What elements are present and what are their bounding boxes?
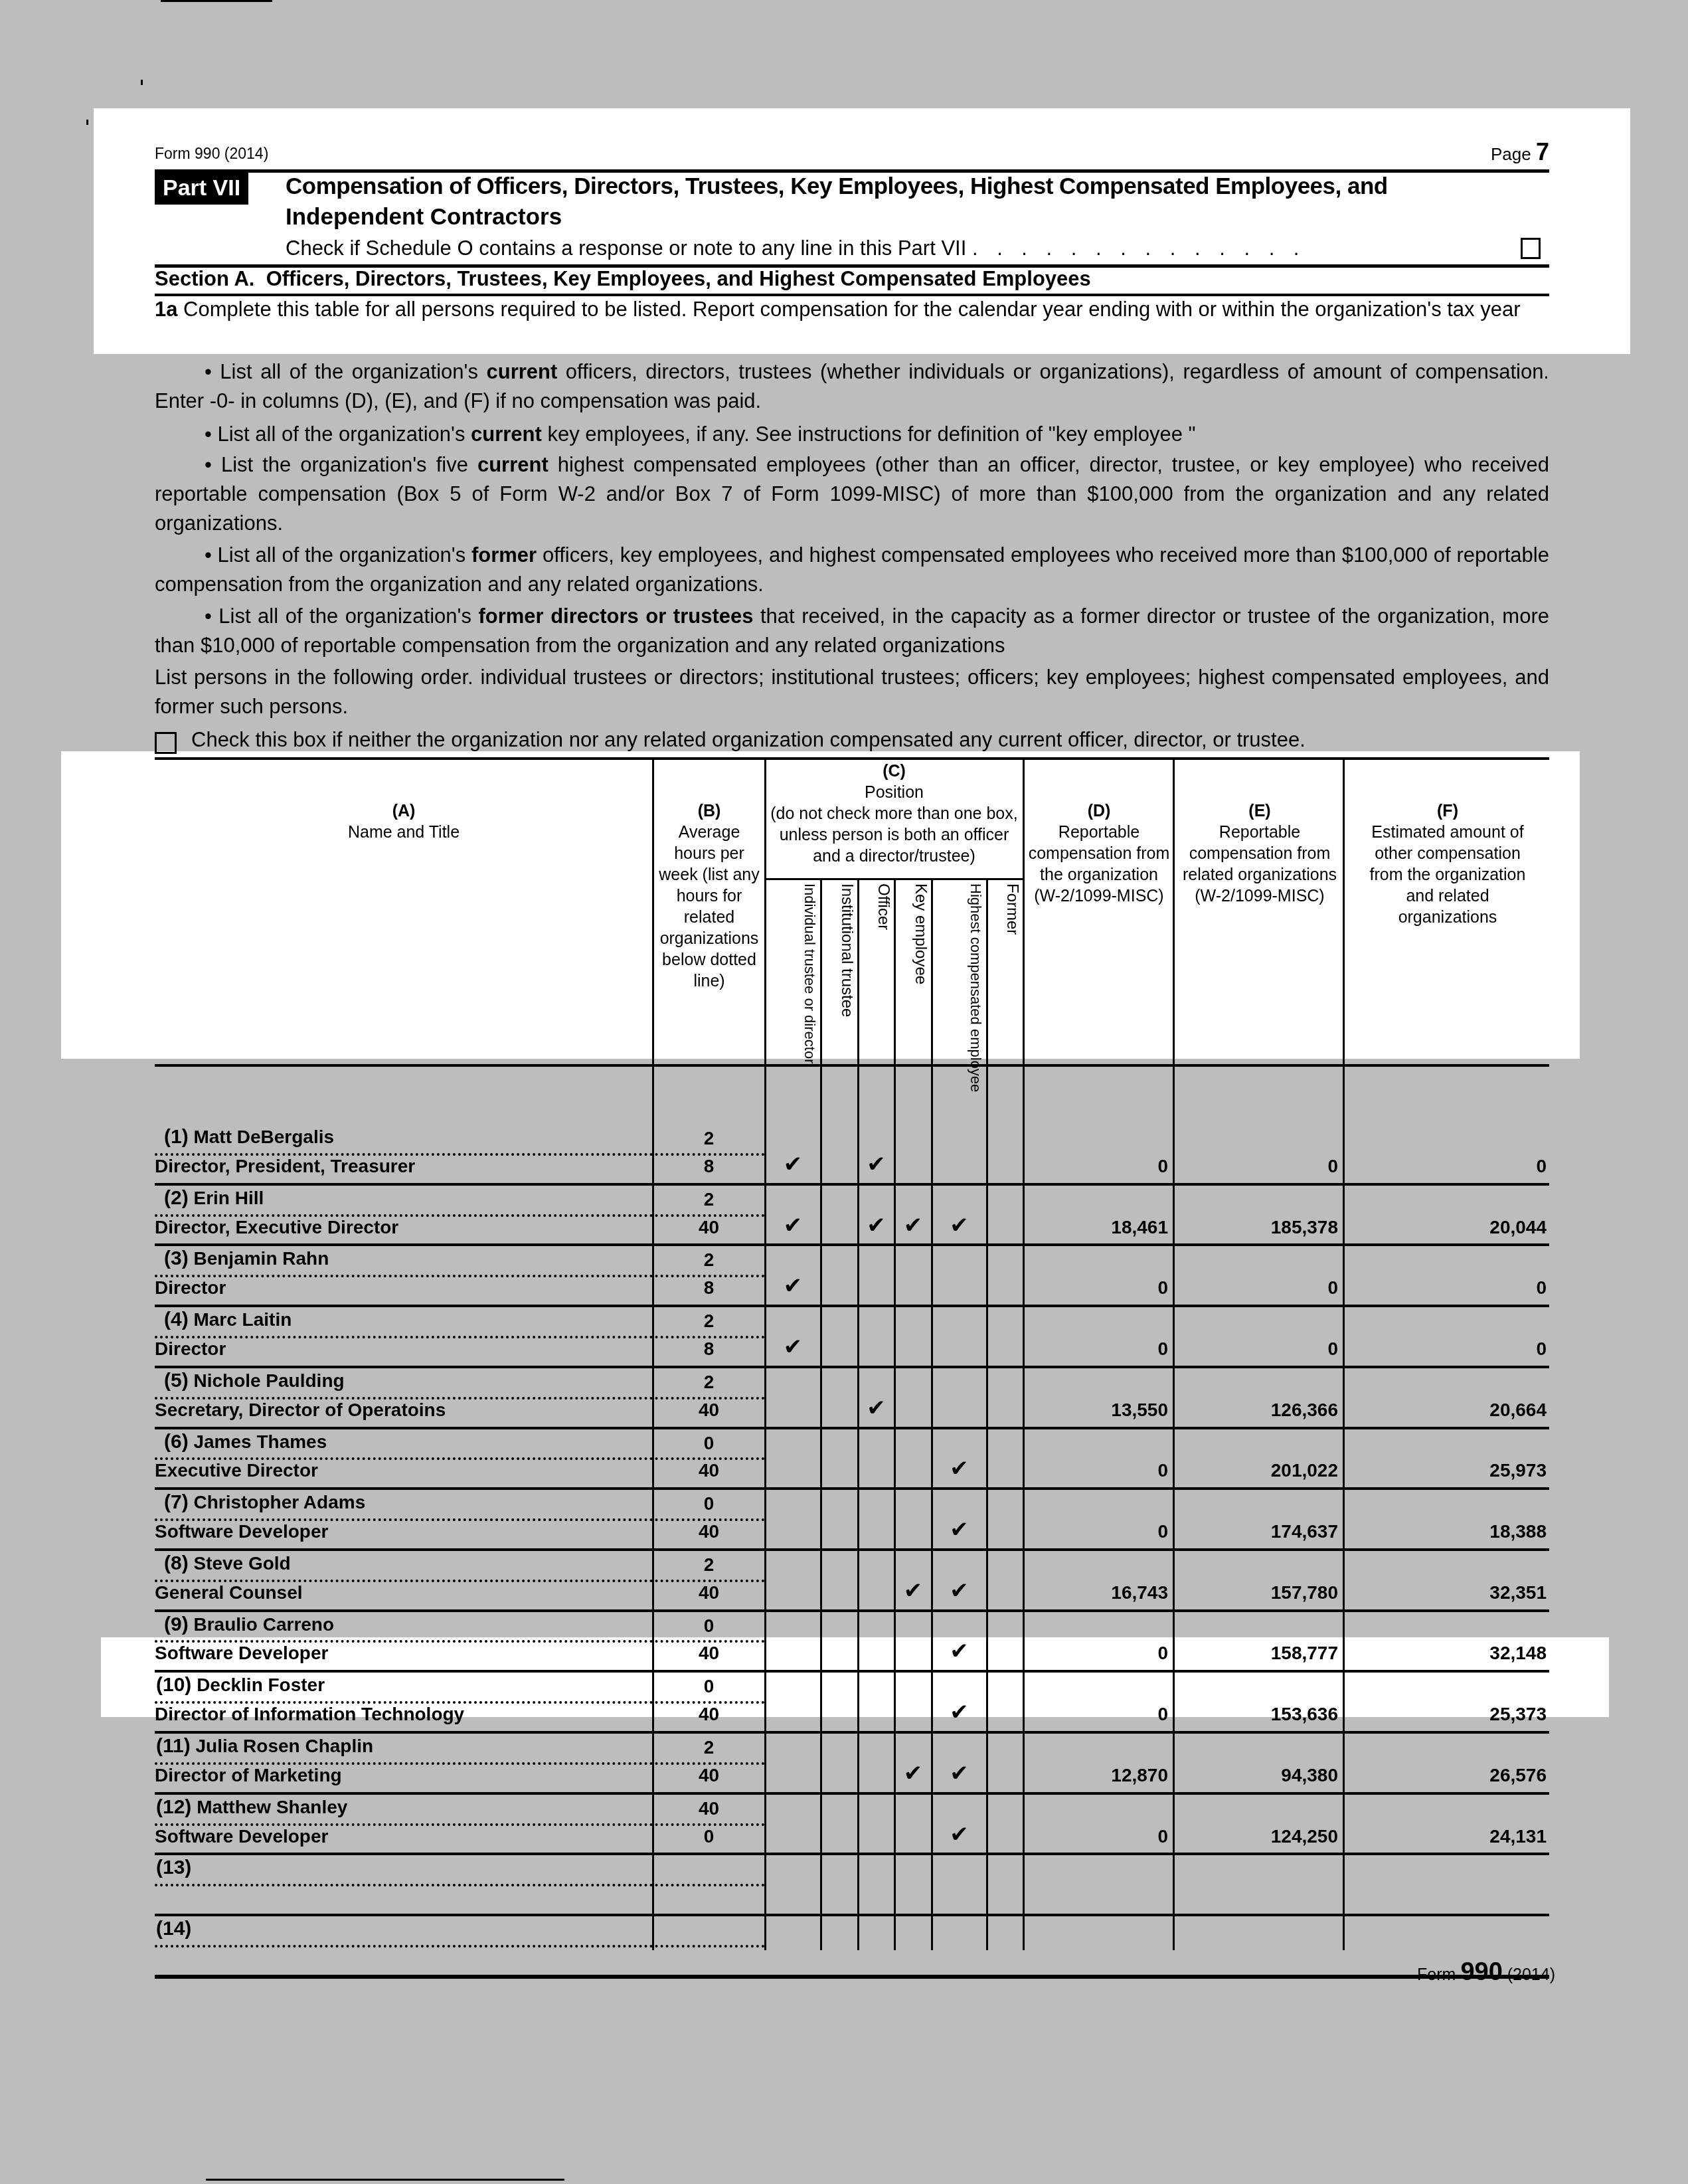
table-header-bottom-rule (155, 1064, 1549, 1067)
compensation-related[interactable]: 158,777 (1173, 1643, 1338, 1664)
position-check-5[interactable]: ✔ (932, 1518, 987, 1541)
column-f-header: (F)Estimated amount of other compensatio… (1358, 800, 1537, 928)
position-check-5[interactable]: ✔ (932, 1457, 987, 1480)
compensation-org[interactable]: 16,743 (1023, 1582, 1168, 1603)
position-subheader: Institutional trustee (825, 883, 855, 1059)
column-b-header: (B)Average hours per week (list any hour… (656, 800, 762, 992)
hours-weekly[interactable]: 40 (653, 1400, 765, 1421)
compensation-other[interactable]: 18,388 (1343, 1521, 1547, 1542)
compensation-org[interactable]: 18,461 (1023, 1217, 1168, 1238)
compensation-other[interactable]: 32,148 (1343, 1643, 1547, 1664)
position-subheader: Individual trustee or director (769, 883, 818, 1059)
row-rule (155, 1427, 1549, 1429)
hours-weekly[interactable]: 40 (653, 1582, 765, 1603)
hours-related[interactable]: 0 (653, 1433, 765, 1454)
row-index: (1) (164, 1126, 189, 1148)
compensation-related[interactable]: 185,378 (1173, 1217, 1338, 1238)
hours-related[interactable]: 2 (653, 1249, 765, 1271)
compensation-related[interactable]: 0 (1173, 1277, 1338, 1299)
person-name[interactable]: (9) Braulio Carreno (164, 1614, 334, 1635)
hours-weekly[interactable]: 40 (653, 1460, 765, 1481)
hours-weekly[interactable]: 40 (653, 1521, 765, 1542)
hours-weekly[interactable]: 0 (653, 1826, 765, 1847)
person-name[interactable]: (5) Nichole Paulding (164, 1370, 345, 1392)
row-rule (155, 1548, 1549, 1551)
column-c-header: (C)Position(do not check more than one b… (765, 761, 1023, 867)
compensation-related[interactable]: 174,637 (1173, 1521, 1338, 1542)
compensation-org[interactable]: 0 (1023, 1277, 1168, 1299)
person-name[interactable]: (4) Marc Laitin (164, 1309, 292, 1330)
compensation-related[interactable]: 0 (1173, 1338, 1338, 1360)
person-name[interactable]: (8) Steve Gold (164, 1553, 291, 1574)
column-divider (894, 878, 896, 1950)
compensation-other[interactable]: 20,044 (1343, 1217, 1547, 1238)
table-top-rule (155, 757, 1549, 760)
row-rule (155, 1853, 1549, 1855)
row-index: (12) (156, 1796, 191, 1818)
dotted-separator (155, 1945, 765, 1948)
name-text: Erin Hill (193, 1188, 264, 1208)
row-index: (6) (164, 1431, 189, 1453)
row-index: (14) (156, 1918, 191, 1940)
compensation-other[interactable]: 25,973 (1343, 1460, 1547, 1481)
person-name[interactable]: (12) Matthew Shanley (156, 1797, 347, 1818)
row-rule (155, 1975, 1549, 1979)
row-index: (8) (164, 1552, 189, 1574)
column-divider (986, 878, 988, 1950)
footer-form-prefix: Form (1417, 1965, 1456, 1984)
person-title[interactable]: Director of Marketing (155, 1765, 342, 1786)
compensation-table: (A)Name and Title (B)Average hours per w… (0, 0, 1688, 2184)
person-title[interactable]: Director (155, 1338, 226, 1360)
compensation-org[interactable]: 0 (1023, 1826, 1168, 1847)
compensation-other[interactable]: 20,664 (1343, 1400, 1547, 1421)
position-check-5[interactable]: ✔ (932, 1823, 987, 1846)
row-rule (155, 1487, 1549, 1490)
compensation-related[interactable]: 201,022 (1173, 1460, 1338, 1481)
person-title[interactable]: Director (155, 1277, 226, 1299)
name-text: Matt DeBergalis (193, 1127, 334, 1147)
compensation-related[interactable]: 0 (1173, 1156, 1338, 1177)
hours-related[interactable]: 2 (653, 1189, 765, 1210)
person-title[interactable]: Director of Information Technology (155, 1704, 464, 1725)
column-divider (652, 760, 654, 1950)
person-title[interactable]: Software Developer (155, 1826, 328, 1847)
person-name[interactable]: (7) Christopher Adams (164, 1492, 365, 1513)
dotted-separator (155, 1884, 765, 1886)
position-check-3[interactable]: ✔ (858, 1153, 894, 1176)
person-title[interactable]: Director, President, Treasurer (155, 1156, 415, 1177)
person-title[interactable]: Executive Director (155, 1460, 318, 1481)
compensation-org[interactable]: 0 (1023, 1460, 1168, 1481)
compensation-related[interactable]: 94,380 (1173, 1765, 1338, 1786)
compensation-other[interactable]: 25,373 (1343, 1704, 1547, 1725)
row-index: (13) (156, 1857, 191, 1878)
compensation-other[interactable]: 26,576 (1343, 1765, 1547, 1786)
column-divider (1173, 760, 1175, 1950)
position-subheader: Former (991, 883, 1021, 1059)
compensation-org[interactable]: 0 (1023, 1521, 1168, 1542)
row-rule (155, 1609, 1549, 1612)
row-rule (155, 1305, 1549, 1307)
name-text: Braulio Carreno (193, 1614, 334, 1635)
person-name[interactable]: (13) (156, 1857, 191, 1878)
hours-related[interactable]: 0 (653, 1676, 765, 1697)
hours-weekly[interactable]: 8 (653, 1338, 765, 1360)
hours-related[interactable]: 0 (653, 1493, 765, 1514)
name-text: Matthew Shanley (197, 1797, 347, 1817)
hours-related[interactable]: 0 (653, 1615, 765, 1637)
name-text: Nichole Paulding (193, 1370, 344, 1391)
column-divider (931, 878, 933, 1950)
column-divider (1343, 760, 1345, 1950)
hours-weekly[interactable]: 40 (653, 1704, 765, 1725)
hours-related[interactable]: 2 (653, 1311, 765, 1332)
position-subheader: Officer (862, 883, 892, 1059)
name-text: Benjamin Rahn (193, 1248, 329, 1269)
hours-weekly[interactable]: 8 (653, 1156, 765, 1177)
row-rule (155, 1670, 1549, 1673)
position-check-1[interactable]: ✔ (765, 1214, 821, 1237)
compensation-related[interactable]: 153,636 (1173, 1704, 1338, 1725)
compensation-related[interactable]: 157,780 (1173, 1582, 1338, 1603)
position-check-5[interactable]: ✔ (932, 1640, 987, 1663)
compensation-other[interactable]: 32,351 (1343, 1582, 1547, 1603)
row-rule (155, 1366, 1549, 1368)
position-check-3[interactable]: ✔ (858, 1397, 894, 1419)
position-check-1[interactable]: ✔ (765, 1336, 821, 1358)
person-name[interactable]: (3) Benjamin Rahn (164, 1248, 329, 1269)
compensation-other[interactable]: 0 (1343, 1277, 1547, 1299)
row-rule (155, 1914, 1549, 1916)
position-check-5[interactable]: ✔ (932, 1701, 987, 1724)
person-title[interactable]: Software Developer (155, 1521, 328, 1542)
column-divider (1023, 760, 1025, 1950)
person-title[interactable]: Software Developer (155, 1643, 328, 1664)
compensation-related[interactable]: 124,250 (1173, 1826, 1338, 1847)
compensation-org[interactable]: 0 (1023, 1704, 1168, 1725)
hours-related[interactable]: 2 (653, 1554, 765, 1576)
person-title[interactable]: Secretary, Director of Operatoins (155, 1400, 446, 1421)
name-text: Christopher Adams (193, 1492, 365, 1512)
compensation-org[interactable]: 12,870 (1023, 1765, 1168, 1786)
hours-related[interactable]: 2 (653, 1737, 765, 1758)
compensation-related[interactable]: 126,366 (1173, 1400, 1338, 1421)
person-name[interactable]: (11) Julia Rosen Chaplin (156, 1736, 373, 1757)
column-divider (764, 760, 766, 1950)
compensation-org[interactable]: 0 (1023, 1156, 1168, 1177)
row-index: (10) (156, 1674, 191, 1696)
person-name[interactable]: (2) Erin Hill (164, 1188, 264, 1209)
position-check-5[interactable]: ✔ (932, 1762, 987, 1785)
position-check-4[interactable]: ✔ (894, 1214, 932, 1237)
compensation-other[interactable]: 0 (1343, 1156, 1547, 1177)
person-name[interactable]: (1) Matt DeBergalis (164, 1127, 334, 1148)
hours-weekly[interactable]: 40 (653, 1217, 765, 1238)
position-subheader: Highest compensated employee (936, 883, 984, 1059)
column-d-header: (D)Reportable compensation from the orga… (1026, 800, 1172, 907)
position-check-1[interactable]: ✔ (765, 1153, 821, 1176)
position-check-4[interactable]: ✔ (894, 1762, 932, 1785)
column-divider (857, 878, 859, 1950)
compensation-org[interactable]: 0 (1023, 1338, 1168, 1360)
row-index: (3) (164, 1247, 189, 1269)
compensation-org[interactable]: 0 (1023, 1643, 1168, 1664)
name-text: Steve Gold (193, 1553, 290, 1574)
footer-form-number: 990 (1460, 1958, 1502, 1986)
position-check-5[interactable]: ✔ (932, 1214, 987, 1237)
person-name[interactable]: (10) Decklin Foster (156, 1675, 325, 1696)
row-rule (155, 1792, 1549, 1795)
position-check-5[interactable]: ✔ (932, 1580, 987, 1602)
person-name[interactable]: (14) (156, 1918, 191, 1940)
position-subheader: Key employee (898, 883, 929, 1059)
column-divider (820, 878, 822, 1950)
hours-related[interactable]: 2 (653, 1372, 765, 1393)
position-check-1[interactable]: ✔ (765, 1275, 821, 1297)
form-footer: Form 990 (2014) (1417, 1958, 1555, 1987)
person-title[interactable]: General Counsel (155, 1582, 303, 1603)
compensation-other[interactable]: 0 (1343, 1338, 1547, 1360)
row-index: (9) (164, 1613, 189, 1635)
person-title[interactable]: Director, Executive Director (155, 1217, 398, 1238)
name-text: Marc Laitin (193, 1309, 292, 1330)
hours-related[interactable]: 40 (653, 1798, 765, 1819)
row-rule (155, 1243, 1549, 1246)
row-index: (5) (164, 1370, 189, 1392)
position-check-4[interactable]: ✔ (894, 1580, 932, 1602)
position-check-3[interactable]: ✔ (858, 1214, 894, 1237)
compensation-other[interactable]: 24,131 (1343, 1826, 1547, 1847)
column-a-header: (A)Name and Title (155, 800, 653, 843)
hours-related[interactable]: 2 (653, 1128, 765, 1149)
column-e-header: (E)Reportable compensation from related … (1177, 800, 1343, 907)
row-index: (2) (164, 1187, 189, 1209)
row-index: (4) (164, 1309, 189, 1330)
name-text: James Thames (193, 1431, 327, 1452)
row-index: (7) (164, 1491, 189, 1513)
person-name[interactable]: (6) James Thames (164, 1431, 327, 1453)
compensation-org[interactable]: 13,550 (1023, 1400, 1168, 1421)
row-rule (155, 1731, 1549, 1734)
hours-weekly[interactable]: 8 (653, 1277, 765, 1299)
name-text: Decklin Foster (197, 1675, 325, 1695)
row-rule (155, 1183, 1549, 1186)
hours-weekly[interactable]: 40 (653, 1765, 765, 1786)
hours-weekly[interactable]: 40 (653, 1643, 765, 1664)
row-index: (11) (156, 1735, 191, 1757)
footer-form-year: (2014) (1507, 1965, 1555, 1984)
name-text: Julia Rosen Chaplin (195, 1736, 373, 1756)
